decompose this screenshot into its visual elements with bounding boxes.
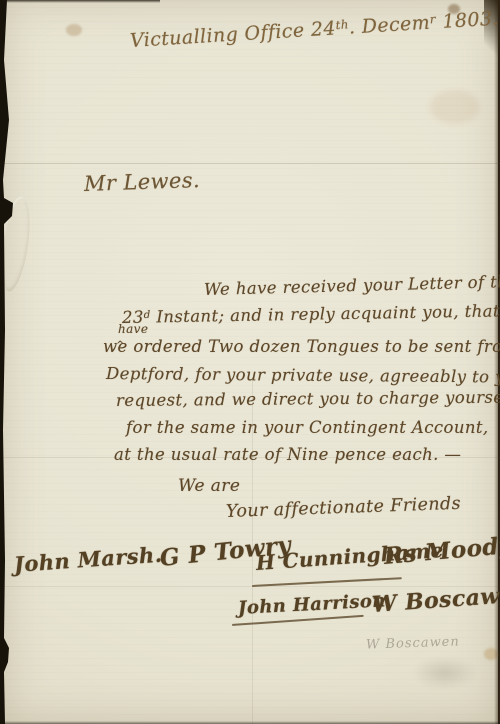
body-line-3: we ordered Two dozen Tongues to be sent … [103, 337, 500, 356]
heading-year: 1803. [435, 7, 499, 33]
body-line-4: Deptford, for your private use, agreeabl… [106, 364, 500, 387]
body-line-5: request, and we direct you to charge you… [116, 387, 500, 410]
interlinear-insertion: have [118, 322, 148, 336]
salutation: Mr Lewes. [84, 168, 201, 196]
document-scan: Victualling Office 24th. Decemr 1803. Mr… [0, 0, 500, 724]
heading-day-suffix: th [335, 17, 349, 32]
closing-we-are: We are [178, 476, 240, 496]
body-line-6: for the same in your Contingent Account, [126, 418, 489, 437]
body-line-7: at the usual rate of Nine pence each. — [114, 445, 461, 464]
